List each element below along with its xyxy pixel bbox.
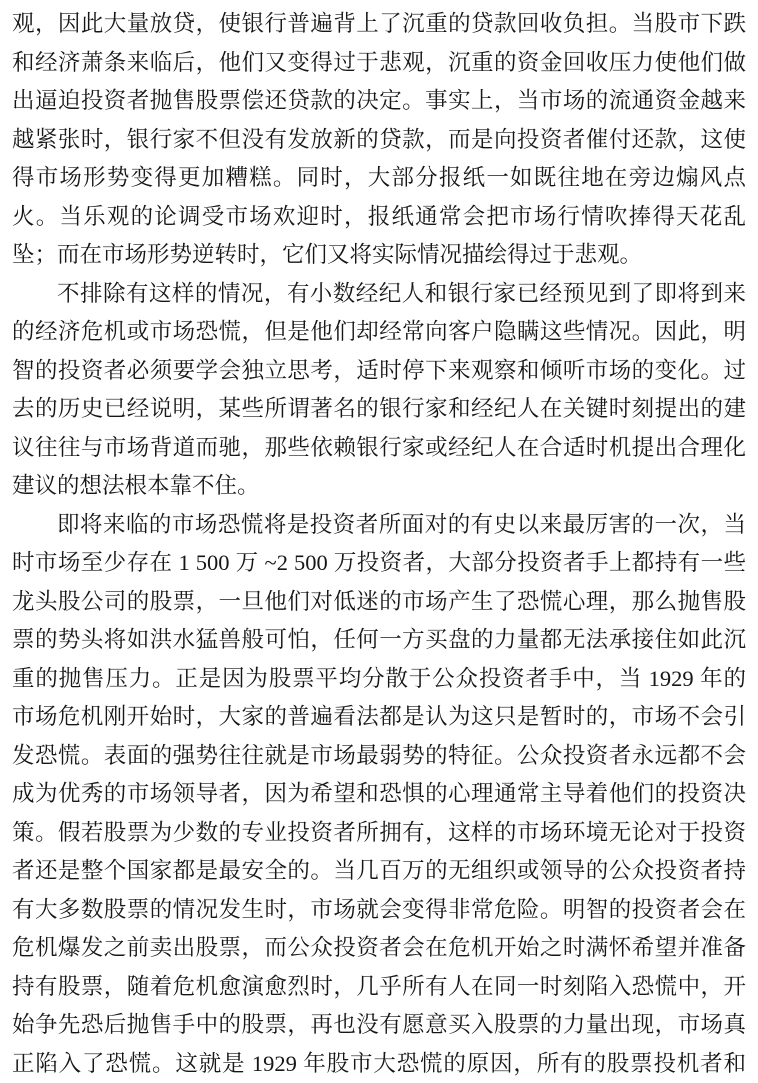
text-line: 发恐慌。表面的强势往往就是市场最弱势的特征。公众投资者永远都不会: [12, 737, 746, 776]
text-line: 票的势头将如洪水猛兽般可怕，任何一方买盘的力量都无法承接住如此沉: [12, 621, 746, 660]
text-line: 正陷入了恐慌。这就是 1929 年股市大恐慌的原因，所有的股票投机者和: [12, 1045, 746, 1083]
text-line: 危机爆发之前卖出股票，而公众投资者会在危机开始之时满怀希望并准备: [12, 929, 746, 968]
text-line: 的经济危机或市场恐慌，但是他们却经常向客户隐瞒这些情况。因此，明: [12, 313, 746, 352]
paragraph-1: 观，因此大量放贷，使银行普遍背上了沉重的贷款回收负担。当股市下跌 和经济萧条来临…: [12, 5, 746, 275]
text-line: 龙头股公司的股票，一旦他们对低迷的市场产生了恐慌心理，那么抛售股: [12, 583, 746, 622]
text-line: 智的投资者必须要学会独立思考，适时停下来观察和倾听市场的变化。过: [12, 352, 746, 391]
text-line: 时市场至少存在 1 500 万 ~2 500 万投资者，大部分投资者手上都持有一…: [12, 544, 746, 583]
text-line: 和经济萧条来临后，他们又变得过于悲观，沉重的资金回收压力使他们做: [12, 44, 746, 83]
paragraph-2: 不排除有这样的情况，有小数经纪人和银行家已经预见到了即将到来 的经济危机或市场恐…: [12, 275, 746, 506]
text-line: 持有股票，随着危机愈演愈烈时，几乎所有人在同一时刻陷入恐慌中，开: [12, 968, 746, 1007]
text-line: 者还是整个国家都是最安全的。当几百万的无组织或领导的公众投资者持: [12, 852, 746, 891]
text-line: 有大多数股票的情况发生时，市场就会变得非常危险。明智的投资者会在: [12, 891, 746, 930]
text-line: 火。当乐观的论调受市场欢迎时，报纸通常会把市场行情吹捧得天花乱: [12, 198, 746, 237]
text-line: 策。假若股票为少数的专业投资者所拥有，这样的市场环境无论对于投资: [12, 814, 746, 853]
text-line: 坠；而在市场形势逆转时，它们又将实际情况描绘得过于悲观。: [12, 236, 746, 275]
text-line: 观，因此大量放贷，使银行普遍背上了沉重的贷款回收负担。当股市下跌: [12, 5, 746, 44]
text-line: 建议的想法根本靠不住。: [12, 467, 746, 506]
text-line: 不排除有这样的情况，有小数经纪人和银行家已经预见到了即将到来: [12, 275, 746, 314]
paragraph-3: 即将来临的市场恐慌将是投资者所面对的有史以来最厉害的一次，当 时市场至少存在 1…: [12, 506, 746, 1083]
text-line: 去的历史已经说明，某些所谓著名的银行家和经纪人在关键时刻提出的建: [12, 390, 746, 429]
text-line: 即将来临的市场恐慌将是投资者所面对的有史以来最厉害的一次，当: [12, 506, 746, 545]
book-page: 观，因此大量放贷，使银行普遍背上了沉重的贷款回收负担。当股市下跌 和经济萧条来临…: [0, 0, 758, 1083]
text-line: 越紧张时，银行家不但没有发放新的贷款，而是向投资者催付还款，这使: [12, 121, 746, 160]
text-line: 成为优秀的市场领导者，因为希望和恐惧的心理通常主导着他们的投资决: [12, 775, 746, 814]
text-line: 出逼迫投资者抛售股票偿还贷款的决定。事实上，当市场的流通资金越来: [12, 82, 746, 121]
text-line: 始争先恐后抛售手中的股票，再也没有愿意买入股票的力量出现，市场真: [12, 1006, 746, 1045]
text-line: 重的抛售压力。正是因为股票平均分散于公众投资者手中，当 1929 年的: [12, 660, 746, 699]
text-line: 市场危机刚开始时，大家的普遍看法都是认为这只是暂时的，市场不会引: [12, 698, 746, 737]
text-line: 得市场形势变得更加糟糕。同时，大部分报纸一如既往地在旁边煽风点: [12, 159, 746, 198]
text-line: 议往往与市场背道而驰，那些依赖银行家或经纪人在合适时机提出合理化: [12, 429, 746, 468]
